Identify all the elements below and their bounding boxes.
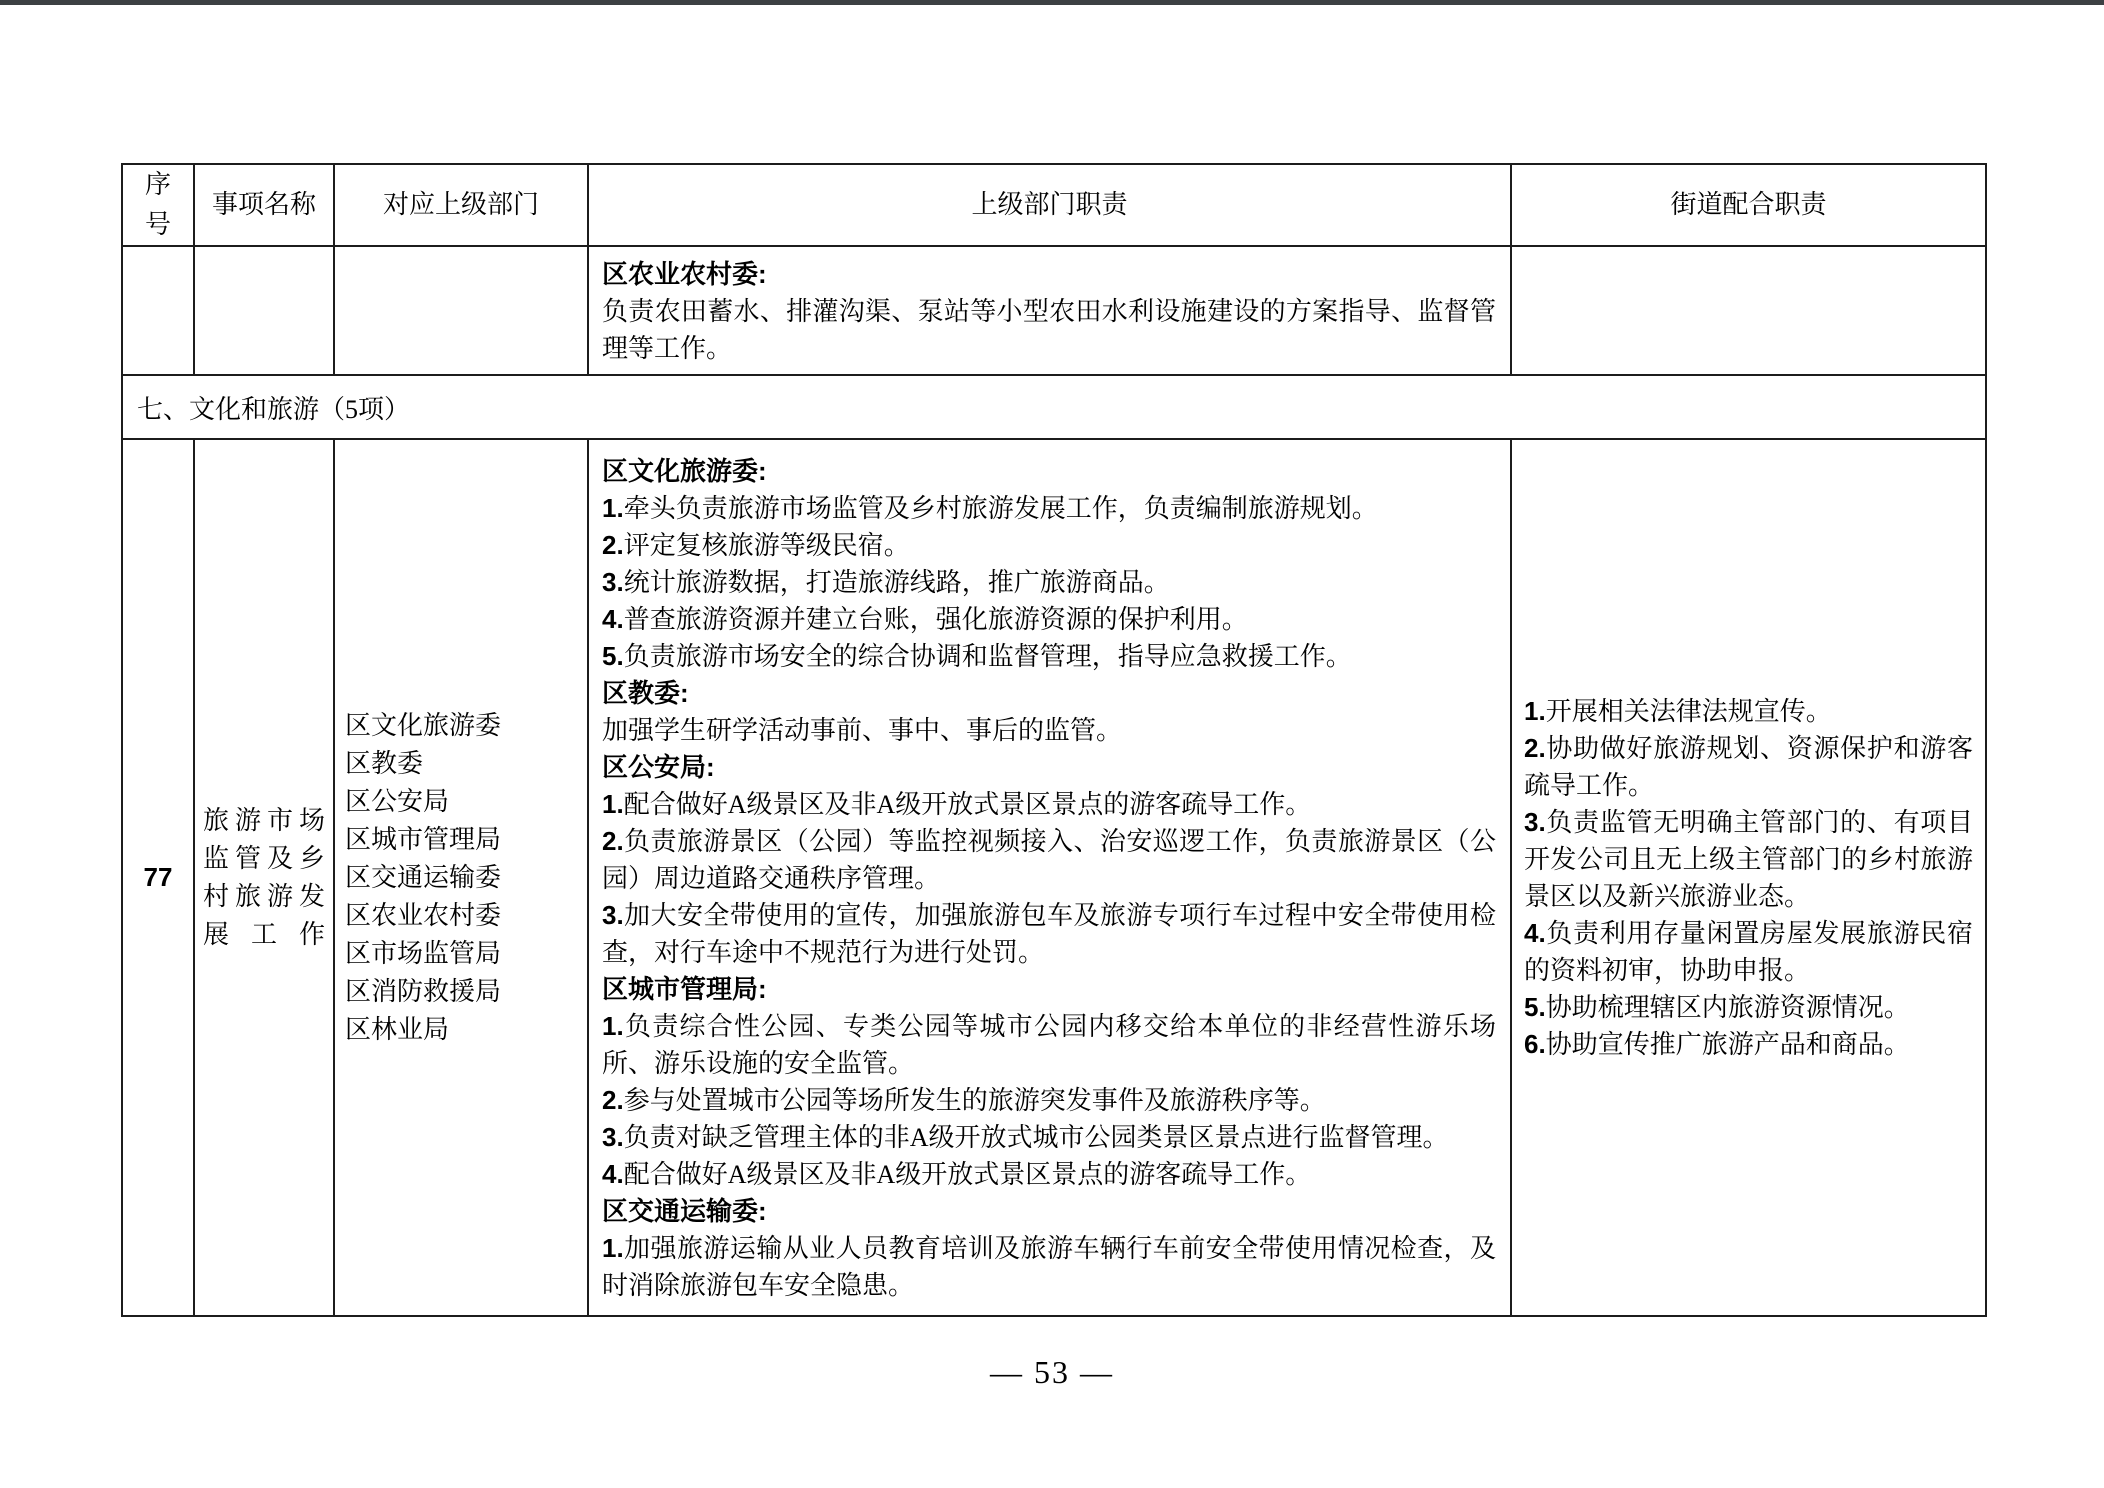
duty-item: 4.普查旅游资源并建立台账，强化旅游资源的保护利用。 [602, 601, 1496, 638]
header-cell-serial: 序号 [122, 164, 194, 246]
item-name: 旅游市场监管及乡村旅游发展工作 [203, 802, 325, 954]
department-name: 区林业局 [345, 1011, 579, 1049]
duty-item: 3.加大安全带使用的宣传，加强旅游包车及旅游专项行车过程中安全带使用检查，对行车… [602, 897, 1496, 971]
item-number: 1. [602, 493, 624, 523]
duty-item: 4.配合做好A级景区及非A级开放式景区景点的游客疏导工作。 [602, 1156, 1496, 1193]
duty-item: 5.负责旅游市场安全的综合协调和监督管理，指导应急救援工作。 [602, 638, 1496, 675]
item-number: 6. [1524, 1029, 1546, 1059]
street-duty-item: 2.协助做好旅游规划、资源保护和游客疏导工作。 [1524, 730, 1973, 804]
item-number: 1. [602, 1233, 624, 1263]
duty-item: 1.牵头负责旅游市场监管及乡村旅游发展工作，负责编制旅游规划。 [602, 490, 1496, 527]
department-name: 区消防救援局 [345, 973, 579, 1011]
carryover-street-duties-cell-empty [1511, 246, 1986, 375]
item-number: 5. [1524, 992, 1546, 1022]
item-number: 2. [602, 530, 624, 560]
street-duty-item: 1.开展相关法律法规宣传。 [1524, 693, 1973, 730]
header-cell-departments: 对应上级部门 [334, 164, 588, 246]
serial-cell: 77 [122, 439, 194, 1316]
section-title: 七、文化和旅游（5项） [137, 395, 410, 424]
department-name: 区文化旅游委 [345, 707, 579, 745]
duty-item: 加强学生研学活动事前、事中、事后的监管。 [602, 712, 1496, 749]
department-name: 区城市管理局 [345, 821, 579, 859]
item-number: 3. [602, 900, 624, 930]
table-header-row: 序号 事项名称 对应上级部门 上级部门职责 街道配合职责 [122, 164, 1986, 246]
duty-department-heading: 区文化旅游委: [602, 453, 1496, 490]
header-label-serial: 序号 [144, 165, 171, 245]
item-number: 2. [1524, 733, 1546, 763]
item-number: 5. [602, 641, 624, 671]
item-number: 3. [602, 567, 624, 597]
duty-department-heading: 区教委: [602, 675, 1496, 712]
duty-item: 3.负责对缺乏管理主体的非A级开放式城市公园类景区景点进行监督管理。 [602, 1119, 1496, 1156]
item-name-cell: 旅游市场监管及乡村旅游发展工作 [194, 439, 334, 1316]
item-number: 4. [602, 604, 624, 634]
duty-item: 负责农田蓄水、排灌沟渠、泵站等小型农田水利设施建设的方案指导、监督管理等工作。 [602, 293, 1496, 367]
header-label-superior-duties: 上级部门职责 [971, 190, 1127, 219]
item-number: 4. [1524, 918, 1546, 948]
item-number: 2. [602, 1085, 624, 1115]
carryover-dept-cell-empty [334, 246, 588, 375]
duty-item: 1.负责综合性公园、专类公园等城市公园内移交给本单位的非经营性游乐场所、游乐设施… [602, 1008, 1496, 1082]
superior-duties-cell: 区文化旅游委:1.牵头负责旅游市场监管及乡村旅游发展工作，负责编制旅游规划。2.… [588, 439, 1511, 1316]
item-number: 4. [602, 1159, 624, 1189]
duty-item: 2.评定复核旅游等级民宿。 [602, 527, 1496, 564]
item-number: 1. [602, 789, 624, 819]
department-name: 区教委 [345, 745, 579, 783]
duty-item: 2.负责旅游景区（公园）等监控视频接入、治安巡逻工作，负责旅游景区（公园）周边道… [602, 823, 1496, 897]
street-duty-item: 3.负责监管无明确主管部门的、有项目开发公司且无上级主管部门的乡村旅游景区以及新… [1524, 804, 1973, 915]
duty-item: 3.统计旅游数据，打造旅游线路，推广旅游商品。 [602, 564, 1496, 601]
header-label-departments: 对应上级部门 [383, 190, 539, 219]
header-cell-street-duties: 街道配合职责 [1511, 164, 1986, 246]
duty-department-heading: 区交通运输委: [602, 1193, 1496, 1230]
duty-item: 2.参与处置城市公园等场所发生的旅游突发事件及旅游秩序等。 [602, 1082, 1496, 1119]
department-name: 区公安局 [345, 783, 579, 821]
item-number: 3. [602, 1122, 624, 1152]
section-row: 七、文化和旅游（5项） [122, 375, 1986, 439]
section-title-cell: 七、文化和旅游（5项） [122, 375, 1986, 439]
carryover-name-cell-empty [194, 246, 334, 375]
department-name: 区农业农村委 [345, 897, 579, 935]
page-number: — 53 — [0, 1352, 2104, 1392]
header-cell-superior-duties: 上级部门职责 [588, 164, 1511, 246]
duty-department-heading: 区公安局: [602, 749, 1496, 786]
street-duties-cell: 1.开展相关法律法规宣传。2.协助做好旅游规划、资源保护和游客疏导工作。3.负责… [1511, 439, 1986, 1316]
item-number: 2. [602, 826, 624, 856]
item-number: 3. [1524, 807, 1546, 837]
duty-item: 1.加强旅游运输从业人员教育培训及旅游车辆行车前安全带使用情况检查，及时消除旅游… [602, 1230, 1496, 1304]
department-name: 区交通运输委 [345, 859, 579, 897]
header-label-street-duties: 街道配合职责 [1670, 190, 1826, 219]
department-name: 区市场监管局 [345, 935, 579, 973]
street-duty-item: 5.协助梳理辖区内旅游资源情况。 [1524, 989, 1973, 1026]
street-duty-item: 4.负责利用存量闲置房屋发展旅游民宿的资料初审，协助申报。 [1524, 915, 1973, 989]
carryover-serial-cell-empty [122, 246, 194, 375]
header-label-item-name: 事项名称 [212, 190, 316, 219]
departments-cell: 区文化旅游委区教委区公安局区城市管理局区交通运输委区农业农村委区市场监管局区消防… [334, 439, 588, 1316]
carryover-superior-duties-cell: 区农业农村委:负责农田蓄水、排灌沟渠、泵站等小型农田水利设施建设的方案指导、监督… [588, 246, 1511, 375]
screenshot-top-bar [0, 0, 2104, 5]
item-number: 1. [602, 1011, 624, 1041]
responsibility-table: 序号 事项名称 对应上级部门 上级部门职责 街道配合职责 区农业农村委:负责农田… [121, 163, 1987, 1317]
street-duty-item: 6.协助宣传推广旅游产品和商品。 [1524, 1026, 1973, 1063]
duty-department-heading: 区农业农村委: [602, 256, 1496, 293]
carryover-row: 区农业农村委:负责农田蓄水、排灌沟渠、泵站等小型农田水利设施建设的方案指导、监督… [122, 246, 1986, 375]
header-cell-item-name: 事项名称 [194, 164, 334, 246]
item-row-77: 77 旅游市场监管及乡村旅游发展工作 区文化旅游委区教委区公安局区城市管理局区交… [122, 439, 1986, 1316]
duty-item: 1.配合做好A级景区及非A级开放式景区景点的游客疏导工作。 [602, 786, 1496, 823]
item-number: 1. [1524, 696, 1546, 726]
duty-department-heading: 区城市管理局: [602, 971, 1496, 1008]
serial-number: 77 [144, 862, 173, 892]
